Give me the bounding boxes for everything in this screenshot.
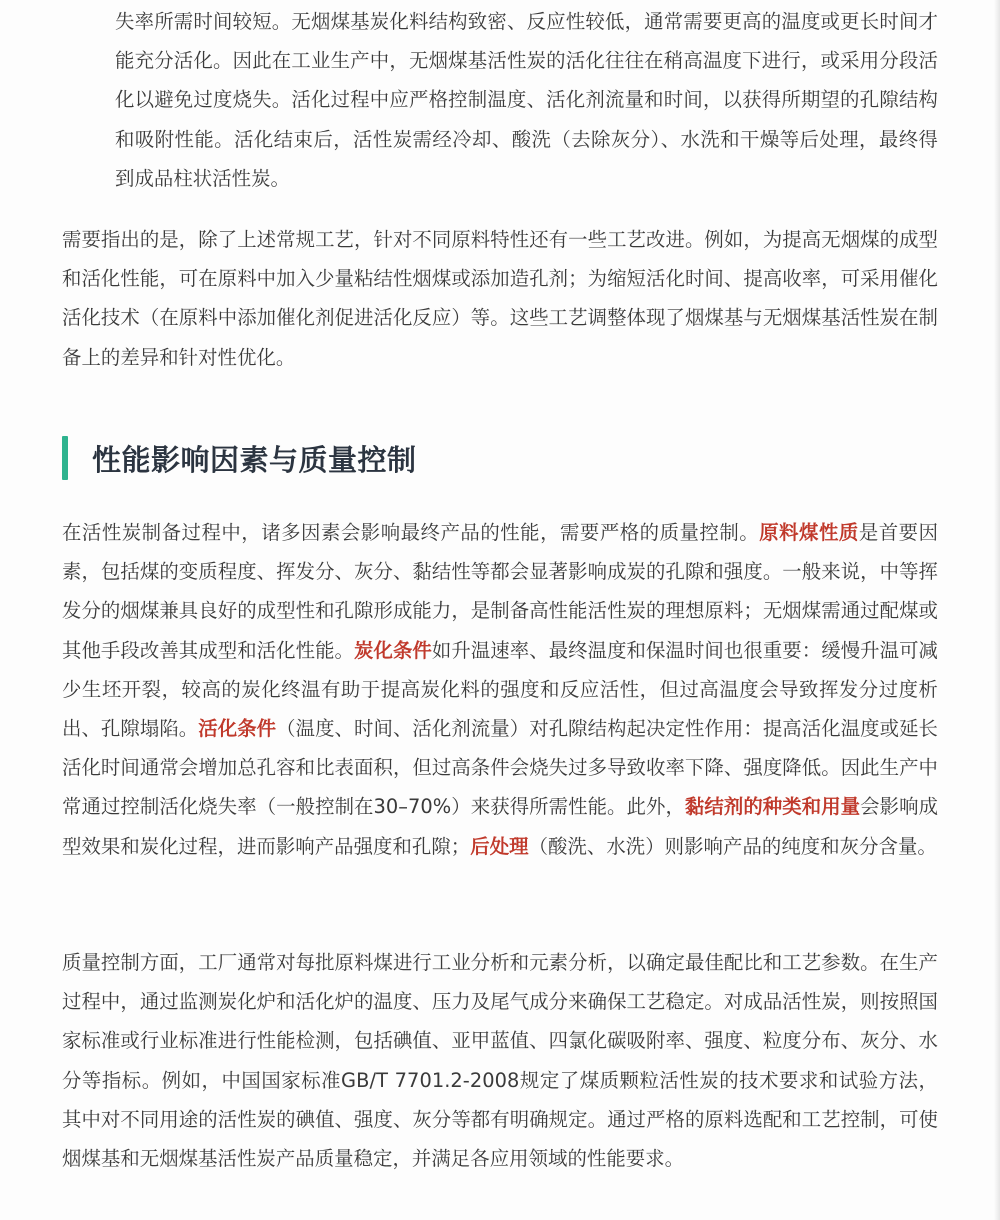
heading-accent-bar: [62, 436, 68, 480]
process-improvement-paragraph: 需要指出的是，除了上述常规工艺，针对不同原料特性还有一些工艺改进。例如，为提高无…: [62, 220, 938, 377]
highlight-binder-type-and-amount: 黏结剂的种类和用量: [685, 795, 860, 818]
performance-factors-paragraph: 在活性炭制备过程中，诸多因素会影响最终产品的性能，需要严格的质量控制。原料煤性质…: [62, 513, 938, 866]
highlight-post-treatment: 后处理: [470, 835, 528, 858]
article-body: 失率所需时间较短。无烟煤基炭化料结构致密、反应性较低，通常需要更高的温度或更长时…: [62, 0, 938, 198]
page-right-edge: [994, 0, 1000, 1220]
highlight-raw-coal-properties: 原料煤性质: [759, 521, 859, 544]
section-heading: 性能影响因素与质量控制: [62, 434, 417, 482]
quality-control-paragraph: 质量控制方面，工厂通常对每批原料煤进行工业分析和元素分析，以确定最佳配比和工艺参…: [62, 943, 938, 1178]
list-item-continuation-paragraph: 失率所需时间较短。无烟煤基炭化料结构致密、反应性较低，通常需要更高的温度或更长时…: [115, 0, 938, 198]
highlight-carbonization-conditions: 炭化条件: [354, 639, 432, 662]
text-segment: 在活性炭制备过程中，诸多因素会影响最终产品的性能，需要严格的质量控制。: [62, 521, 759, 544]
text-segment: （酸洗、水洗）则影响产品的纯度和灰分含量。: [529, 835, 937, 858]
highlight-activation-conditions: 活化条件: [198, 717, 276, 740]
section-heading-title: 性能影响因素与质量控制: [92, 438, 417, 479]
